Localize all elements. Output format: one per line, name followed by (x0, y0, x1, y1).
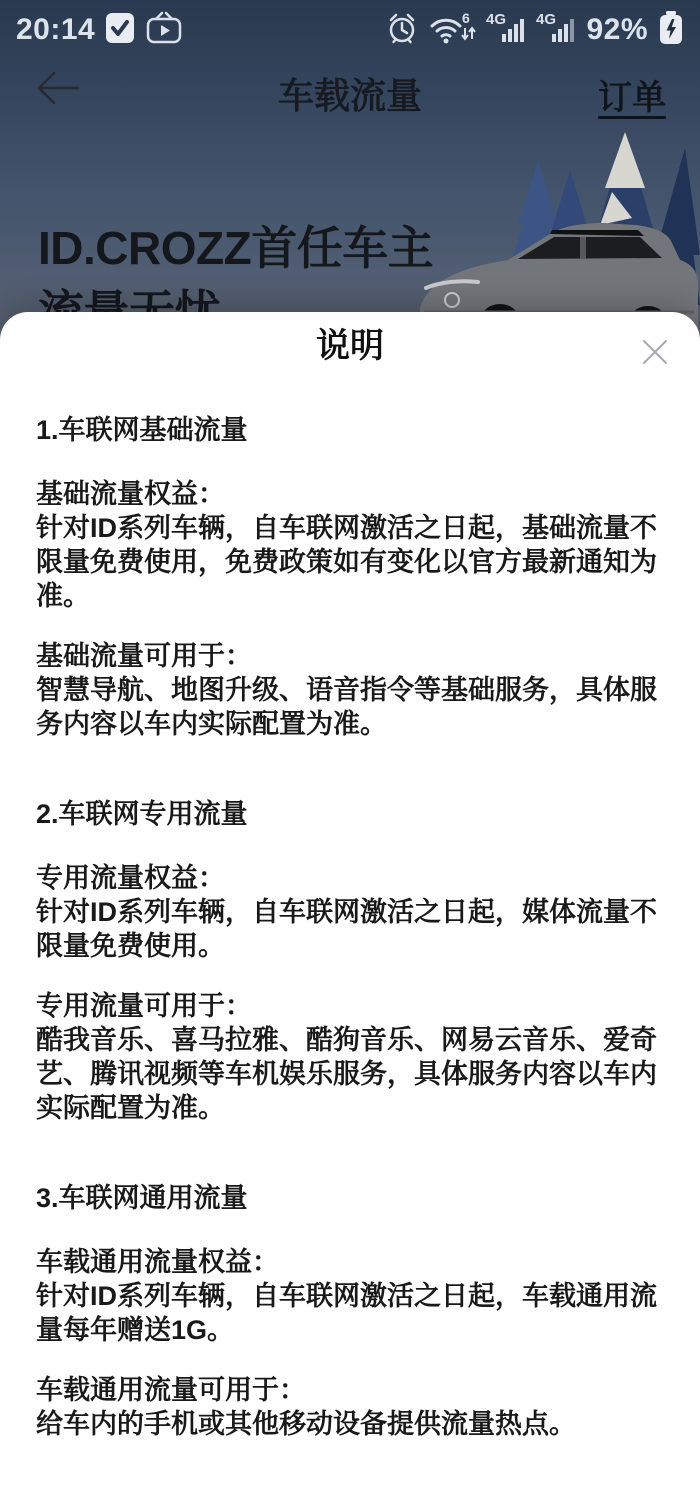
status-bar-left: 20:14 (16, 11, 183, 50)
text-block: 车载通用流量权益： 针对ID系列车辆，自车联网激活之日起，车载通用流 量每年赠送… (36, 1245, 664, 1347)
block-body: 针对ID系列车辆，自车联网激活之日起，基础流量不 限量免费使用，免费政策如有变化… (36, 511, 664, 613)
phone-screen: 20:14 6 (0, 0, 700, 1501)
back-button[interactable] (32, 66, 82, 110)
modal-body[interactable]: 1.车联网基础流量 基础流量权益： 针对ID系列车辆，自车联网激活之日起，基础流… (0, 366, 700, 1441)
block-body: 针对ID系列车辆，自车联网激活之日起，媒体流量不 限量免费使用。 (36, 895, 664, 963)
modal-title: 说明 (0, 312, 700, 366)
banner-illustration (400, 130, 700, 340)
battery-charging-icon (658, 11, 684, 50)
back-arrow-icon (32, 98, 82, 113)
block-title: 专用流量权益： (36, 861, 664, 895)
close-button[interactable] (634, 332, 676, 374)
svg-text:4G: 4G (536, 11, 556, 28)
text-block: 车载通用流量可用于： 给车内的手机或其他移动设备提供流量热点。 (36, 1373, 664, 1441)
page-background: 20:14 6 (0, 0, 700, 340)
block-title: 基础流量可用于： (36, 639, 664, 673)
signal-4g-icon: 4G (536, 11, 576, 50)
block-body: 智慧导航、地图升级、语音指令等基础服务，具体服 务内容以车内实际配置为准。 (36, 673, 664, 741)
block-title: 车载通用流量权益： (36, 1245, 664, 1279)
banner-title-line1: ID.CROZZ首任车主 (38, 216, 433, 280)
section-basic-data: 1.车联网基础流量 基础流量权益： 针对ID系列车辆，自车联网激活之日起，基础流… (36, 413, 664, 741)
text-block: 专用流量权益： 针对ID系列车辆，自车联网激活之日起，媒体流量不 限量免费使用。 (36, 861, 664, 963)
explanation-modal: 说明 1.车联网基础流量 基础流量权益： 针对ID系列车辆，自车联网激活之日起，… (0, 312, 700, 1501)
page-title: 车载流量 (100, 68, 600, 119)
text-block: 基础流量权益： 针对ID系列车辆，自车联网激活之日起，基础流量不 限量免费使用，… (36, 477, 664, 613)
section-heading: 3.车联网通用流量 (36, 1181, 664, 1215)
block-title: 基础流量权益： (36, 477, 664, 511)
section-heading: 2.车联网专用流量 (36, 797, 664, 831)
checkbox-app-icon (105, 11, 135, 50)
text-block: 基础流量可用于： 智慧导航、地图升级、语音指令等基础服务，具体服 务内容以车内实… (36, 639, 664, 741)
block-title: 专用流量可用于： (36, 989, 664, 1023)
block-body: 针对ID系列车辆，自车联网激活之日起，车载通用流 量每年赠送1G。 (36, 1279, 664, 1347)
section-dedicated-data: 2.车联网专用流量 专用流量权益： 针对ID系列车辆，自车联网激活之日起，媒体流… (36, 797, 664, 1125)
status-bar-right: 6 4G 4G 92% (386, 11, 684, 50)
status-bar: 20:14 6 (0, 0, 700, 56)
block-title: 车载通用流量可用于： (36, 1373, 664, 1407)
nav-header: 车载流量 订单 (0, 52, 700, 124)
svg-text:6: 6 (462, 11, 470, 26)
block-body: 酷我音乐、喜马拉雅、酷狗音乐、网易云音乐、爱奇 艺、腾讯视频等车机娱乐服务，具体… (36, 1023, 664, 1125)
text-block: 专用流量可用于： 酷我音乐、喜马拉雅、酷狗音乐、网易云音乐、爱奇 艺、腾讯视频等… (36, 989, 664, 1125)
svg-text:4G: 4G (486, 11, 506, 28)
battery-percent: 92% (586, 13, 648, 47)
wifi6-icon: 6 (428, 11, 476, 50)
close-icon (640, 337, 670, 370)
block-body: 给车内的手机或其他移动设备提供流量热点。 (36, 1407, 664, 1441)
orders-link[interactable]: 订单 (598, 70, 666, 119)
clock-time: 20:14 (16, 13, 95, 47)
section-heading: 1.车联网基础流量 (36, 413, 664, 447)
alarm-icon (386, 11, 418, 50)
tv-play-icon (145, 11, 183, 50)
section-general-data: 3.车联网通用流量 车载通用流量权益： 针对ID系列车辆，自车联网激活之日起，车… (36, 1181, 664, 1441)
signal-4g-icon: 4G (486, 11, 526, 50)
